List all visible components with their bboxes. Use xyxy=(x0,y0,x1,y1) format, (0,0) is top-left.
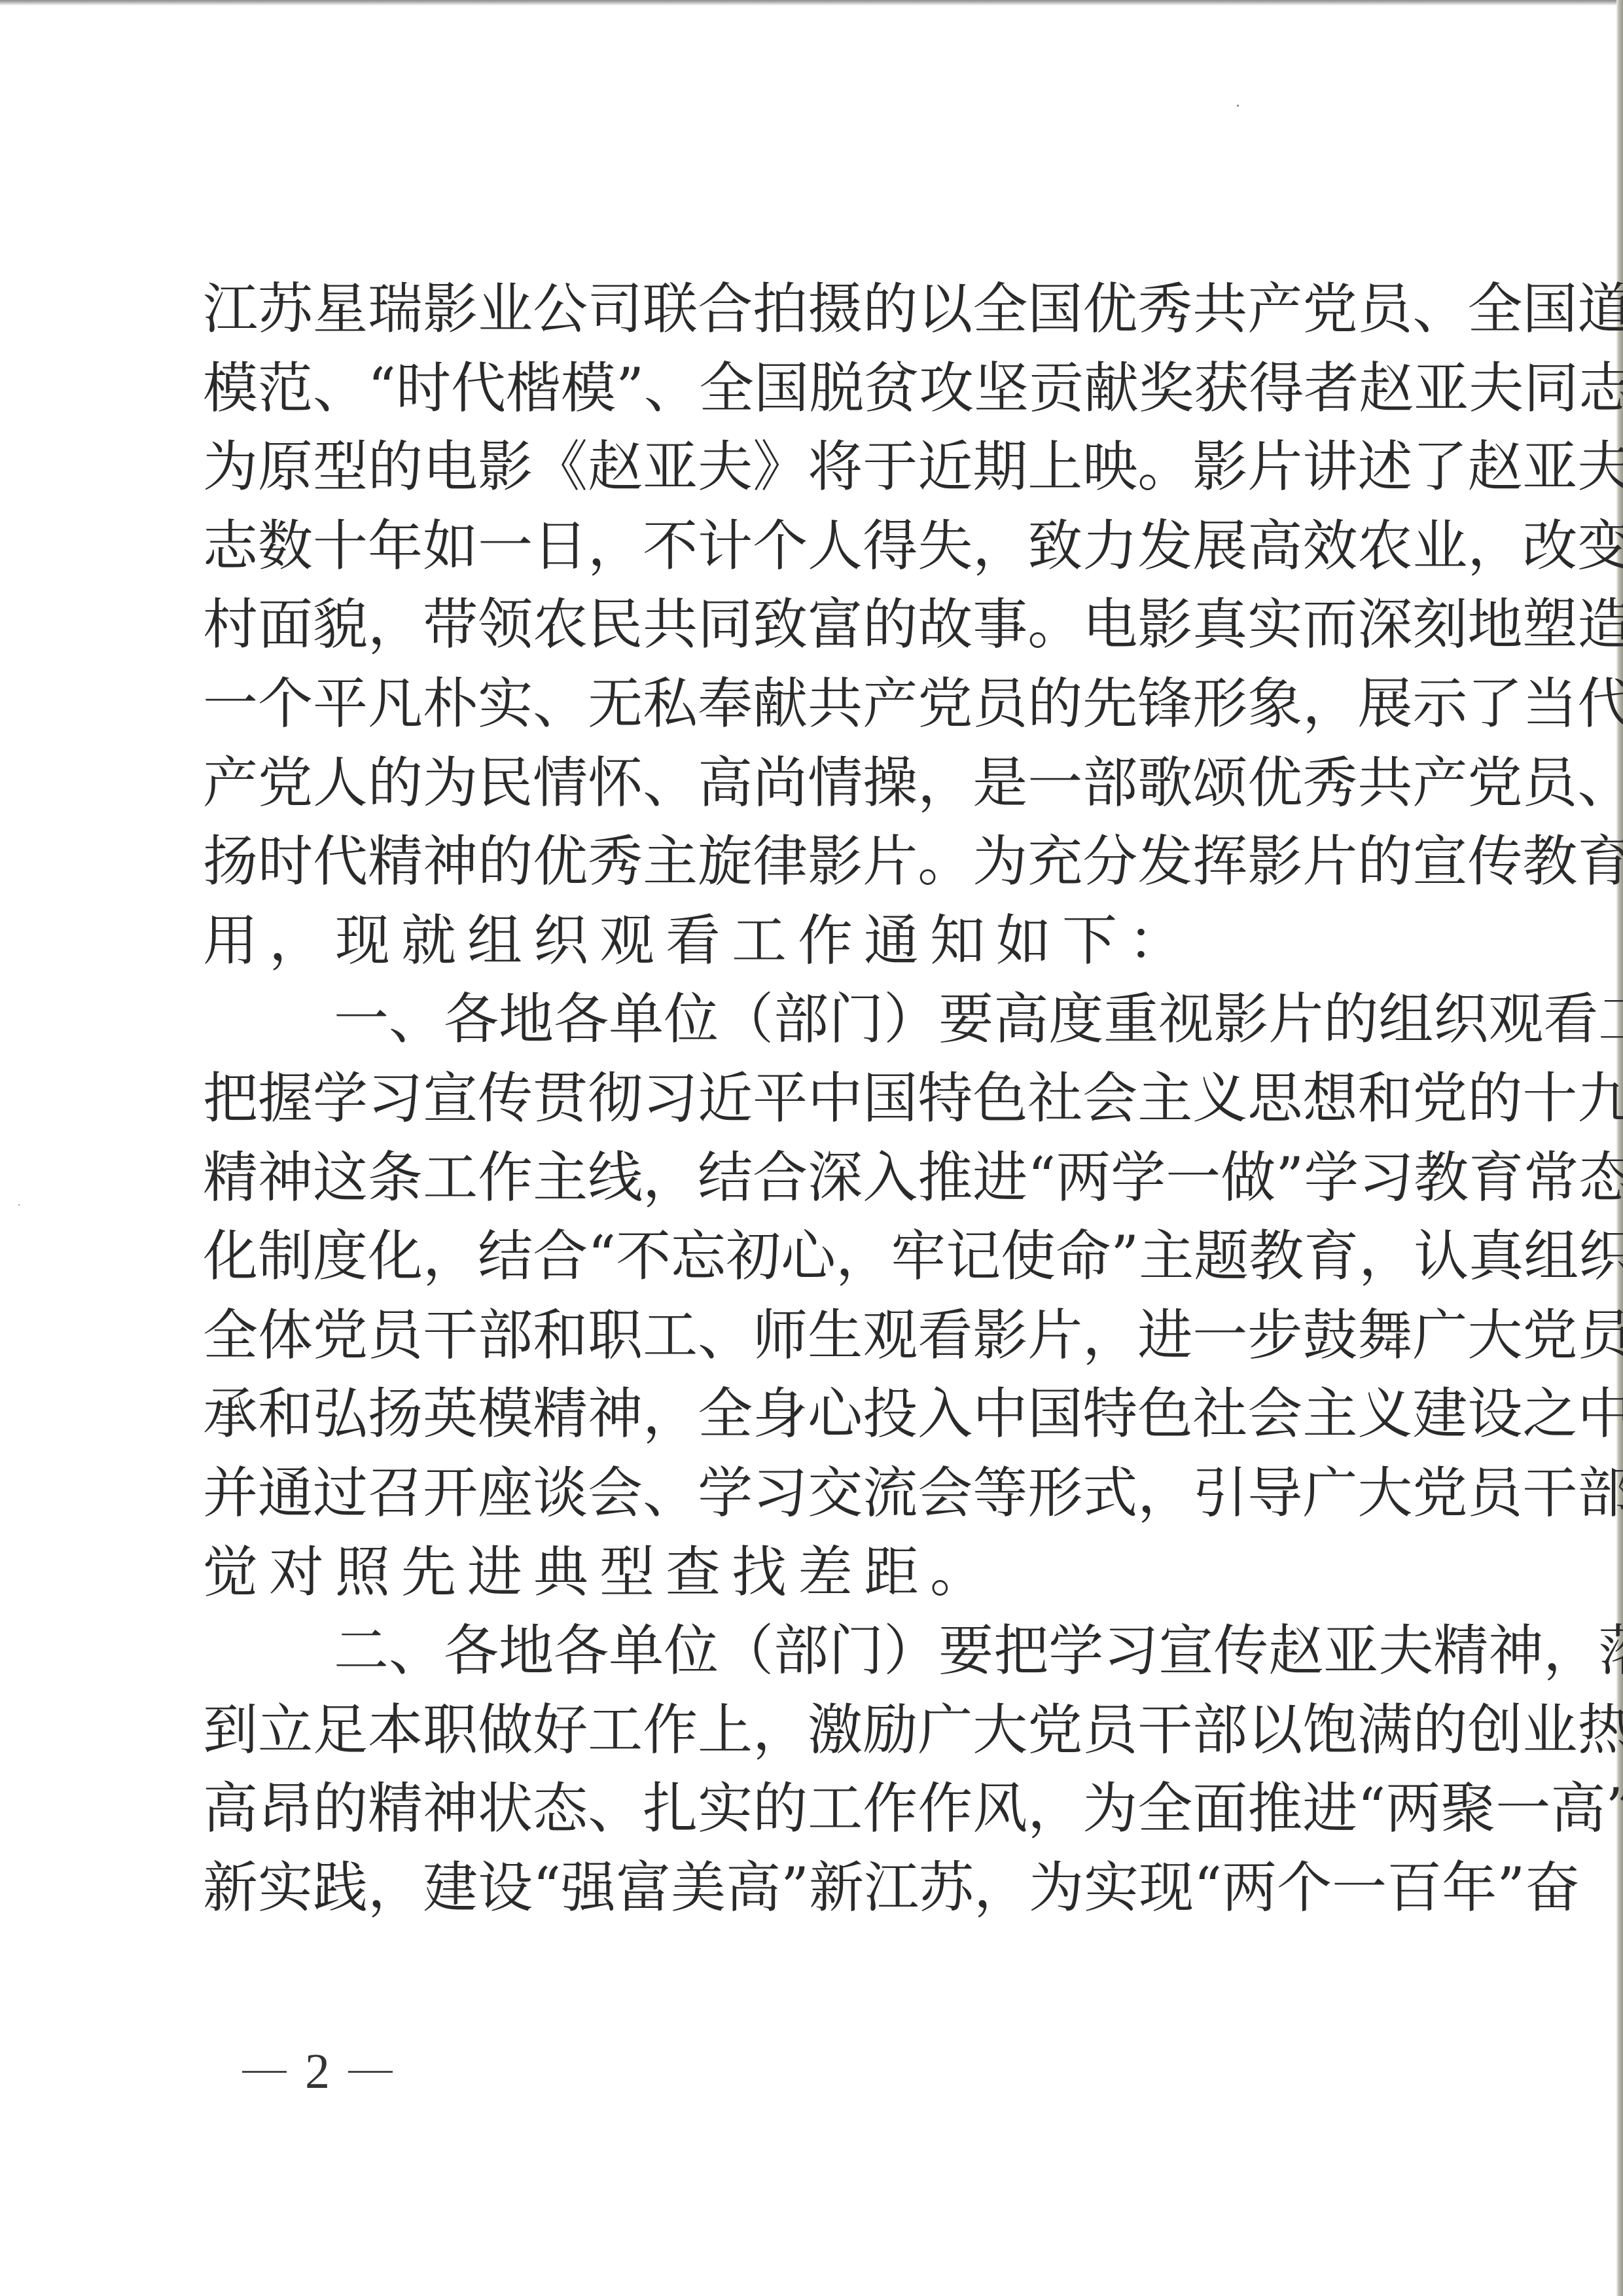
text-line: 把握学习宣传贯彻习近平中国特色社会主义思想和党的十九大 xyxy=(203,1059,1389,1138)
text-line: 扬时代精神的优秀主旋律影片。为充分发挥影片的宣传教育作 xyxy=(203,822,1389,901)
text-line: 产党人的为民情怀、高尚情操，是一部歌颂优秀共产党员、弘 xyxy=(203,744,1389,823)
text-line: 精神这条工作主线，结合深入推进“两学一做”学习教育常态 xyxy=(203,1138,1389,1217)
dash-left xyxy=(242,2071,287,2073)
scan-speck xyxy=(1237,105,1239,107)
page-footer: 2 xyxy=(242,2042,393,2101)
text-line: 全体党员干部和职工、师生观看影片，进一步鼓舞广大党员继 xyxy=(203,1296,1389,1375)
scan-edge-top xyxy=(0,0,1623,5)
scan-speck xyxy=(18,1204,20,1206)
paragraph-item-two: 二、各地各单位（部门）要把学习宣传赵亚夫精神，落实 到立足本职做好工作上，激励广… xyxy=(203,1611,1389,1927)
text-line: 用，现就组织观看工作通知如下： xyxy=(203,901,1389,980)
text-line: 承和弘扬英模精神，全身心投入中国特色社会主义建设之中， xyxy=(203,1374,1389,1454)
text-line: 觉对照先进典型查找差距。 xyxy=(203,1533,1389,1612)
text-line: 化制度化，结合“不忘初心，牢记使命”主题教育，认真组织 xyxy=(203,1217,1389,1296)
text-line: 新实践，建设“强富美高”新江苏，为实现“两个一百年”奋 xyxy=(203,1848,1389,1928)
text-line: 江苏星瑞影业公司联合拍摄的以全国优秀共产党员、全国道德 xyxy=(203,270,1389,349)
text-line: 一个平凡朴实、无私奉献共产党员的先锋形象，展示了当代共 xyxy=(203,664,1389,744)
text-line: 模范、“时代楷模”、全国脱贫攻坚贡献奖获得者赵亚夫同志 xyxy=(203,349,1389,428)
dash-right xyxy=(348,2071,393,2073)
text-line: 高昂的精神状态、扎实的工作作风，为全面推进“两聚一高” xyxy=(203,1769,1389,1848)
text-line: 为原型的电影《赵亚夫》将于近期上映。影片讲述了赵亚夫同 xyxy=(203,427,1389,507)
paragraph-intro-continuation: 江苏星瑞影业公司联合拍摄的以全国优秀共产党员、全国道德 模范、“时代楷模”、全国… xyxy=(203,270,1389,980)
text-line-first: 一、各地各单位（部门）要高度重视影片的组织观看工作， xyxy=(203,980,1389,1059)
text-line: 并通过召开座谈会、学习交流会等形式，引导广大党员干部自 xyxy=(203,1454,1389,1533)
document-body: 江苏星瑞影业公司联合拍摄的以全国优秀共产党员、全国道德 模范、“时代楷模”、全国… xyxy=(203,270,1389,1927)
page-number: 2 xyxy=(305,2042,330,2101)
text-line: 志数十年如一日，不计个人得失，致力发展高效农业，改变农 xyxy=(203,507,1389,586)
text-line: 村面貌，带领农民共同致富的故事。电影真实而深刻地塑造了 xyxy=(203,585,1389,664)
text-line: 到立足本职做好工作上，激励广大党员干部以饱满的创业热情、 xyxy=(203,1691,1389,1770)
text-line-first: 二、各地各单位（部门）要把学习宣传赵亚夫精神，落实 xyxy=(203,1611,1389,1691)
paragraph-item-one: 一、各地各单位（部门）要高度重视影片的组织观看工作， 把握学习宣传贯彻习近平中国… xyxy=(203,980,1389,1611)
